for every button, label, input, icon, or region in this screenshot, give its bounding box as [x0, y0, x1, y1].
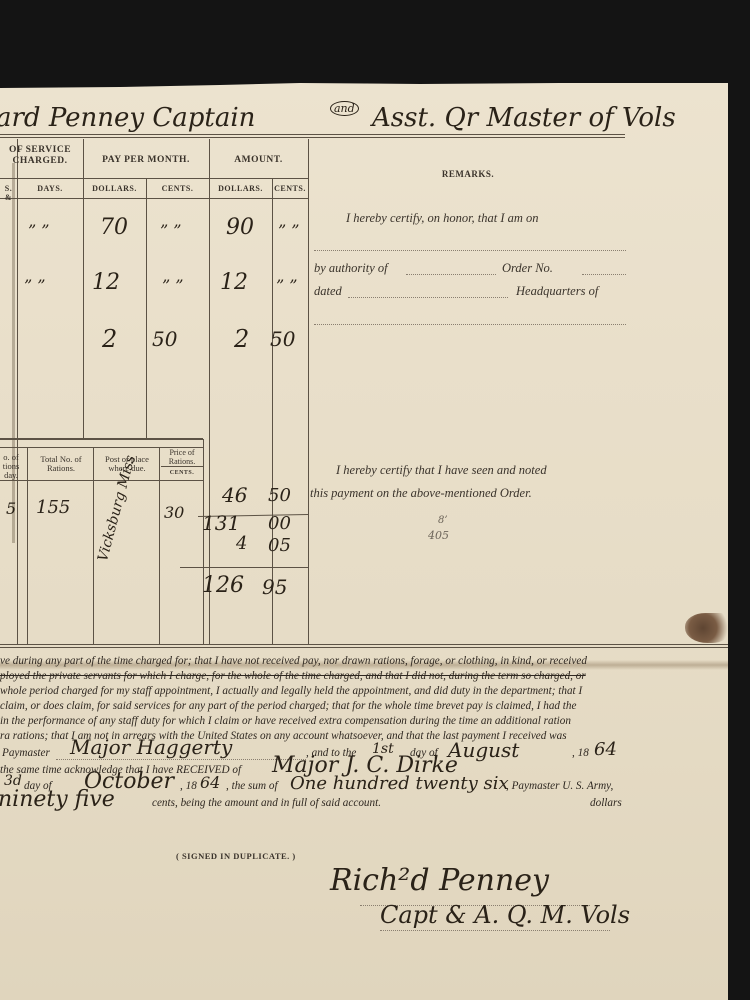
- row-1-pay-cents: ” ”: [160, 221, 181, 240]
- certify-order-text: I hereby certify, on honor, that I am on: [346, 211, 539, 226]
- received-year: 64: [200, 773, 220, 792]
- pay-cents-header: CENTS.: [146, 184, 209, 193]
- header-rule-2: [0, 137, 625, 138]
- sum-dollars: One hundred twenty six: [290, 773, 509, 794]
- grid-line: [27, 447, 28, 644]
- remarks-header: REMARKS.: [308, 169, 628, 179]
- received-year-prefix: , 18: [180, 780, 197, 792]
- grid-line: [0, 198, 308, 199]
- cert-line-1: ve during any part of the time charged f…: [0, 655, 587, 667]
- row-3-amt-cents: 50: [270, 327, 295, 351]
- header-rule: [0, 134, 625, 135]
- price-header: Price of Rations.: [161, 449, 203, 466]
- row-2-pay-cents: ” ”: [162, 276, 183, 295]
- certify-payment-line-1: I hereby certify that I have seen and no…: [336, 463, 547, 478]
- signature-title: Capt & A. Q. M. Vols: [380, 901, 630, 929]
- year-prefix: , 18: [572, 747, 589, 759]
- claimant-name-title: ard Penney Captain: [0, 103, 255, 133]
- cents-tail: cents, being the amount and in full of s…: [152, 797, 381, 809]
- row-3-pay-cents: 50: [152, 327, 177, 351]
- row-2-days: ” ”: [24, 276, 45, 295]
- fold-crease-vertical: [12, 163, 15, 543]
- grid-line: [0, 438, 203, 440]
- document-sheet: ard Penney Captain and Asst. Qr Master o…: [0, 83, 728, 1000]
- dollars-label: dollars: [590, 797, 622, 809]
- service-header: OF SERVICE CHARGED.: [0, 145, 80, 167]
- signed-in-duplicate: ( SIGNED IN DUPLICATE. ): [176, 851, 296, 861]
- ration-amount-1-cents: 50: [268, 485, 291, 506]
- ration-amount-2-dollars: 131: [202, 511, 240, 535]
- sum-line: [180, 567, 308, 568]
- claimant-office: Asst. Qr Master of Vols: [372, 103, 676, 133]
- row-2-amt-dollars: 12: [220, 270, 248, 295]
- ink-stain: [685, 613, 730, 643]
- the-sum-of: , the sum of: [226, 780, 278, 792]
- amount-dollars-header: DOLLARS.: [209, 184, 272, 193]
- last-payment-year: 64: [594, 739, 617, 760]
- interlined-mark: and: [330, 101, 359, 116]
- row-1-amt-dollars: 90: [226, 215, 254, 240]
- total-rations-header: Total No. of Rations.: [30, 455, 92, 473]
- ration-amount-3-cents: 05: [268, 535, 291, 556]
- fill-line: [314, 250, 626, 251]
- row-1-pay-dollars: 70: [100, 215, 128, 240]
- service-sub-days: DAYS.: [17, 184, 83, 193]
- grid-line: [308, 139, 309, 645]
- row-1-amt-cents: ” ”: [278, 221, 299, 240]
- cert-line-2: ployed the private servants for which I …: [0, 670, 586, 682]
- sum-cents: ninety five: [0, 787, 115, 812]
- fill-line: [314, 324, 626, 325]
- service-sub-0: S. &: [0, 184, 17, 202]
- total-rations: 155: [36, 497, 70, 518]
- last-payment-month: August: [448, 738, 519, 762]
- fill-line: [348, 297, 508, 298]
- grid-line: [159, 447, 160, 644]
- row-1-days: ” ”: [28, 221, 49, 240]
- cert-line-3: whole period charged for my staff appoin…: [0, 685, 582, 697]
- grid-line: [203, 439, 204, 644]
- pay-dollars-header: DOLLARS.: [83, 184, 146, 193]
- grid-line: [209, 139, 210, 645]
- ration-total-cents: 95: [262, 575, 287, 599]
- paymaster-label: Paymaster: [2, 747, 50, 759]
- cert-line-5: in the performance of any staff duty for…: [0, 715, 571, 727]
- amount-cents-header: CENTS.: [272, 184, 308, 193]
- grid-line: [0, 647, 728, 648]
- pencil-note-2: 405: [428, 529, 449, 542]
- price-cents-header: CENTS.: [161, 470, 203, 476]
- fill-line: [406, 274, 496, 275]
- grid-line: [0, 480, 203, 481]
- grid-line: [146, 178, 147, 439]
- dated-label: dated: [314, 284, 342, 299]
- rations-per-day: 5: [6, 499, 16, 518]
- certify-payment-line-2: this payment on the above-mentioned Orde…: [310, 486, 532, 501]
- headquarters-label: Headquarters of: [516, 284, 598, 299]
- paymaster-us-army: , Paymaster U. S. Army,: [506, 780, 613, 792]
- row-3-amt-dollars: 2: [234, 325, 249, 353]
- amount-header: AMOUNT.: [209, 155, 308, 165]
- signature-name: Rich²d Penney: [330, 863, 549, 898]
- pencil-note-1: 8’: [438, 515, 448, 526]
- grid-line: [161, 466, 203, 467]
- grid-line: [0, 644, 728, 645]
- ration-amount-3-dollars: 4: [236, 533, 247, 554]
- ration-amount-1-dollars: 46: [222, 483, 247, 507]
- rations-per-day-header: o. of tions day.: [0, 453, 26, 480]
- signature-line: [380, 930, 610, 931]
- fill-line: [56, 759, 306, 760]
- cert-line-4: claim, or does claim, for said services …: [0, 700, 576, 712]
- grid-line: [0, 178, 308, 179]
- by-authority-label: by authority of: [314, 261, 388, 276]
- fill-line: [582, 274, 626, 275]
- row-2-amt-cents: ” ”: [276, 276, 297, 295]
- pay-header: PAY PER MONTH.: [83, 155, 209, 165]
- grid-line: [93, 447, 94, 644]
- ration-price: 30: [164, 503, 184, 522]
- ration-total-dollars: 126: [202, 573, 244, 598]
- row-2-pay-dollars: 12: [92, 270, 120, 295]
- order-no-label: Order No.: [502, 261, 553, 276]
- ration-amount-2-cents: 00: [268, 513, 291, 534]
- paymaster-name: Major Haggerty: [70, 735, 232, 759]
- grid-line: [17, 139, 18, 645]
- row-3-pay-dollars: 2: [102, 325, 117, 353]
